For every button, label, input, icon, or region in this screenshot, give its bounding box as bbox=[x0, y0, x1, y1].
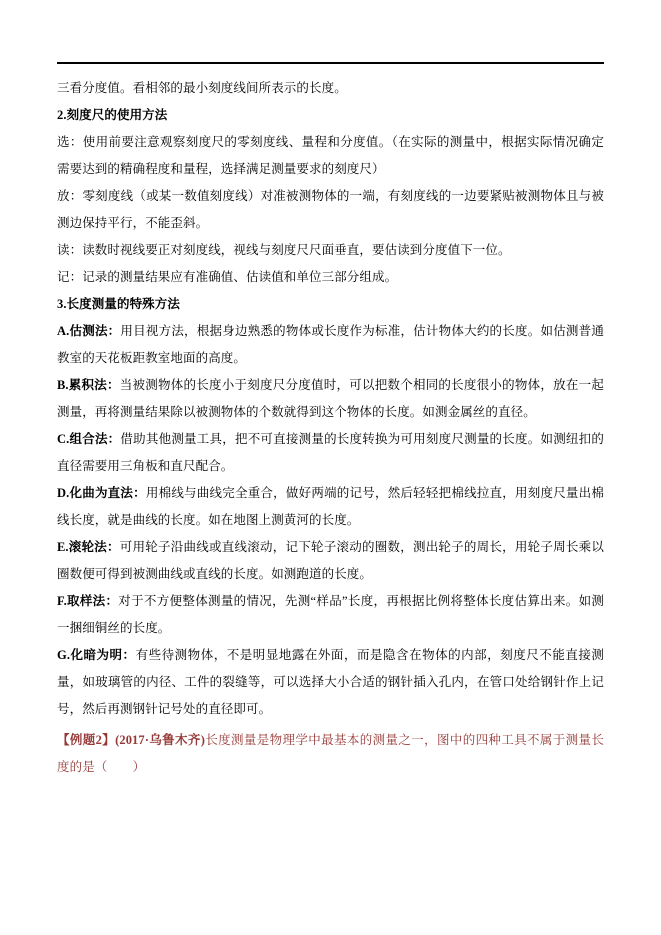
method-curve-to-straight: D.化曲为直法：用棉线与曲线完全重合，做好两端的记号，然后轻轻把棉线拉直，用刻度… bbox=[57, 480, 604, 534]
method-label: G.化暗为明： bbox=[57, 648, 136, 662]
paragraph-text: 当被测物体的长度小于刻度尺分度值时，可以把数个相同的长度很小的物体，放在一起测量… bbox=[57, 378, 604, 419]
para-record: 记：记录的测量结果应有准确值、估读值和单位三部分组成。 bbox=[57, 264, 604, 291]
paragraph-text: 三看分度值。看相邻的最小刻度线间所表示的长度。 bbox=[57, 81, 347, 95]
heading-text: 2.刻度尺的使用方法 bbox=[57, 108, 167, 122]
para-read: 读：读数时视线要正对刻度线，视线与刻度尺尺面垂直，要估读到分度值下一位。 bbox=[57, 237, 604, 264]
worksheet-page: 三看分度值。看相邻的最小刻度线间所表示的长度。 2.刻度尺的使用方法 选：使用前… bbox=[0, 0, 661, 935]
header-divider bbox=[57, 62, 604, 64]
method-rolling-wheel: E.滚轮法：可用轮子沿曲线或直线滚动，记下轮子滚动的圈数，测出轮子的周长，用轮子… bbox=[57, 534, 604, 588]
paragraph-text: 放：零刻度线（或某一数值刻度线）对准被测物体的一端，有刻度线的一边要紧贴被测物体… bbox=[57, 189, 604, 230]
para-select: 选：使用前要注意观察刻度尺的零刻度线、量程和分度值。（在实际的测量中，根据实际情… bbox=[57, 129, 604, 183]
paragraph-text: 借助其他测量工具，把不可直接测量的长度转换为可用刻度尺测量的长度。如测纽扣的直径… bbox=[57, 432, 604, 473]
heading-special-methods: 3.长度测量的特殊方法 bbox=[57, 291, 604, 318]
line-three-check: 三看分度值。看相邻的最小刻度线间所表示的长度。 bbox=[57, 75, 604, 102]
method-label: F.取样法： bbox=[57, 594, 118, 608]
para-place: 放：零刻度线（或某一数值刻度线）对准被测物体的一端，有刻度线的一边要紧贴被测物体… bbox=[57, 183, 604, 237]
method-accumulate: B.累积法：当被测物体的长度小于刻度尺分度值时，可以把数个相同的长度很小的物体，… bbox=[57, 372, 604, 426]
method-label: A.估测法： bbox=[57, 324, 120, 338]
paragraph-text: 可用轮子沿曲线或直线滚动，记下轮子滚动的圈数，测出轮子的周长，用轮子周长乘以圈数… bbox=[57, 540, 604, 581]
method-sampling: F.取样法：对于不方便整体测量的情况，先测“样品”长度，再根据比例将整体长度估算… bbox=[57, 588, 604, 642]
example-label: 【例题2】(2017·乌鲁木齐) bbox=[57, 733, 205, 747]
method-label: C.组合法： bbox=[57, 432, 120, 446]
heading-text: 3.长度测量的特殊方法 bbox=[57, 297, 180, 311]
method-combine: C.组合法：借助其他测量工具，把不可直接测量的长度转换为可用刻度尺测量的长度。如… bbox=[57, 426, 604, 480]
heading-ruler-usage: 2.刻度尺的使用方法 bbox=[57, 102, 604, 129]
document-content: 三看分度值。看相邻的最小刻度线间所表示的长度。 2.刻度尺的使用方法 选：使用前… bbox=[57, 75, 604, 781]
example-question-2: 【例题2】(2017·乌鲁木齐)长度测量是物理学中最基本的测量之一，图中的四种工… bbox=[57, 727, 604, 781]
paragraph-text: 选：使用前要注意观察刻度尺的零刻度线、量程和分度值。（在实际的测量中，根据实际情… bbox=[57, 135, 604, 176]
method-label: B.累积法： bbox=[57, 378, 120, 392]
paragraph-text: 有些待测物体，不是明显地露在外面，而是隐含在物体的内部，刻度尺不能直接测量，如玻… bbox=[57, 648, 604, 716]
method-hidden-to-visible: G.化暗为明：有些待测物体，不是明显地露在外面，而是隐含在物体的内部，刻度尺不能… bbox=[57, 642, 604, 723]
method-estimate: A.估测法：用目视方法，根据身边熟悉的物体或长度作为标准，估计物体大约的长度。如… bbox=[57, 318, 604, 372]
paragraph-text: 记：记录的测量结果应有准确值、估读值和单位三部分组成。 bbox=[57, 270, 397, 284]
paragraph-text: 读：读数时视线要正对刻度线，视线与刻度尺尺面垂直，要估读到分度值下一位。 bbox=[57, 243, 511, 257]
method-label: E.滚轮法： bbox=[57, 540, 120, 554]
paragraph-text: 用目视方法，根据身边熟悉的物体或长度作为标准，估计物体大约的长度。如估测普通教室… bbox=[57, 324, 604, 365]
paragraph-text: 对于不方便整体测量的情况，先测“样品”长度，再根据比例将整体长度估算出来。如测一… bbox=[57, 594, 604, 635]
method-label: D.化曲为直法： bbox=[57, 486, 146, 500]
